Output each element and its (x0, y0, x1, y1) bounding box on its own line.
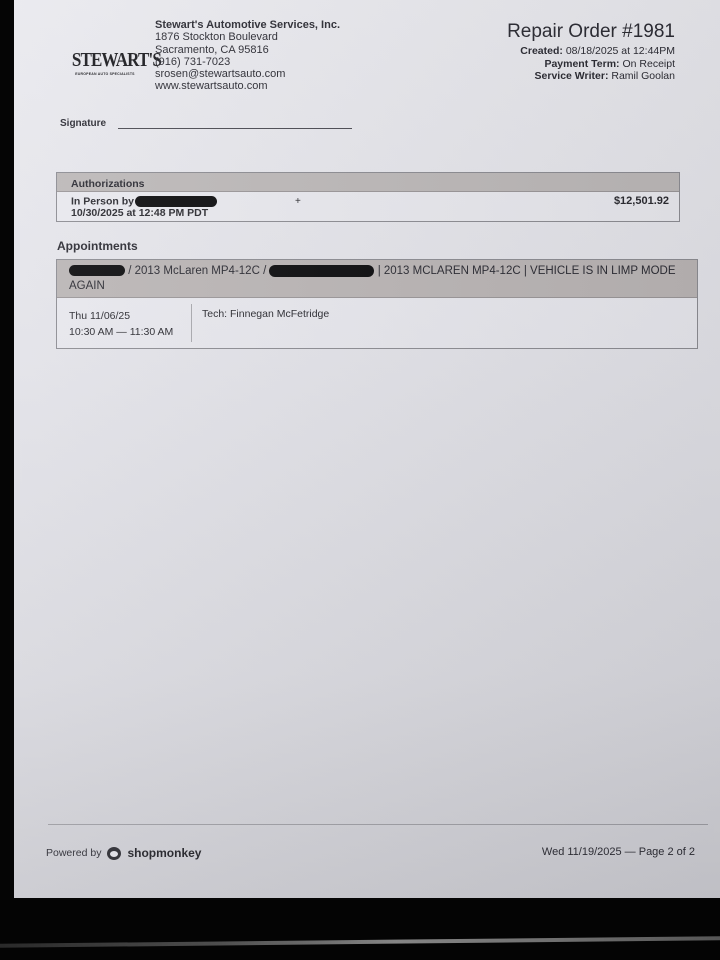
service-writer-label: Service Writer: (535, 70, 609, 82)
authorization-row: In Person by 10/30/2025 at 12:48 PM PDT … (57, 192, 679, 221)
company-address-line1: 1876 Stockton Boulevard (155, 31, 340, 43)
authorization-method: In Person by (71, 195, 134, 207)
footer-divider (48, 824, 708, 825)
powered-by: Powered by shopmonkey (46, 846, 201, 860)
shopmonkey-brand: shopmonkey (127, 846, 201, 860)
appointment-when: Thu 11/06/25 10:30 AM — 11:30 AM (57, 304, 192, 342)
company-name: Stewart's Automotive Services, Inc. (155, 19, 340, 31)
service-writer-value: Ramil Goolan (611, 70, 675, 82)
appointments-title: Appointments (57, 239, 138, 253)
service-writer-line: Service Writer: Ramil Goolan (507, 70, 675, 83)
appointment-time: 10:30 AM — 11:30 AM (69, 324, 179, 340)
company-email: srosen@stewartsauto.com (155, 68, 340, 80)
authorizations-header: Authorizations (57, 173, 679, 192)
authorization-timestamp: 10/30/2025 at 12:48 PM PDT (71, 208, 665, 220)
repair-order-title: Repair Order #1981 (507, 21, 675, 43)
company-phone: (916) 731-7023 (155, 56, 340, 68)
signature-field: Signature (60, 118, 352, 129)
plus-mark: + (295, 196, 301, 208)
repair-order-info: Repair Order #1981 Created: 08/18/2025 a… (507, 21, 675, 83)
company-address-line2: Sacramento, CA 95816 (155, 44, 340, 56)
appointment-header: / 2013 McLaren MP4-12C / | 2013 MCLAREN … (57, 260, 697, 298)
shopmonkey-logo-icon (107, 847, 121, 860)
appointment-tech: Tech: Finnegan McFetridge (192, 298, 339, 348)
authorization-amount: $12,501.92 (614, 196, 669, 208)
powered-by-label: Powered by (46, 847, 101, 859)
document-page: STEWART'S EUROPEAN AUTO SPECIALISTS Stew… (14, 0, 720, 898)
signature-label: Signature (60, 118, 106, 129)
redacted-customer (69, 265, 125, 276)
created-label: Created: (520, 45, 563, 57)
appointment-row: Thu 11/06/25 10:30 AM — 11:30 AM Tech: F… (57, 298, 697, 348)
redacted-name (135, 196, 217, 207)
logo-wordmark: STEWART'S (72, 50, 138, 70)
redacted-vin (269, 265, 374, 277)
logo-tagline: EUROPEAN AUTO SPECIALISTS (66, 72, 144, 76)
appointment-date: Thu 11/06/25 (69, 308, 179, 324)
appointment-vehicle: / 2013 McLaren MP4-12C / (128, 265, 266, 277)
payment-term-label: Payment Term: (544, 58, 619, 70)
payment-term-line: Payment Term: On Receipt (507, 58, 675, 71)
company-logo: STEWART'S EUROPEAN AUTO SPECIALISTS (66, 50, 144, 76)
payment-term-value: On Receipt (622, 58, 675, 70)
page-info: Wed 11/19/2025 — Page 2 of 2 (542, 846, 695, 858)
surface-edge-highlight (0, 936, 720, 948)
appointments-table: / 2013 McLaren MP4-12C / | 2013 MCLAREN … (56, 259, 698, 349)
background-surface (0, 900, 720, 960)
company-info: Stewart's Automotive Services, Inc. 1876… (155, 19, 340, 93)
created-value: 08/18/2025 at 12:44PM (566, 45, 675, 57)
signature-line (118, 120, 352, 129)
company-website: www.stewartsauto.com (155, 80, 340, 92)
created-line: Created: 08/18/2025 at 12:44PM (507, 45, 675, 58)
authorizations-table: Authorizations In Person by 10/30/2025 a… (56, 172, 680, 222)
